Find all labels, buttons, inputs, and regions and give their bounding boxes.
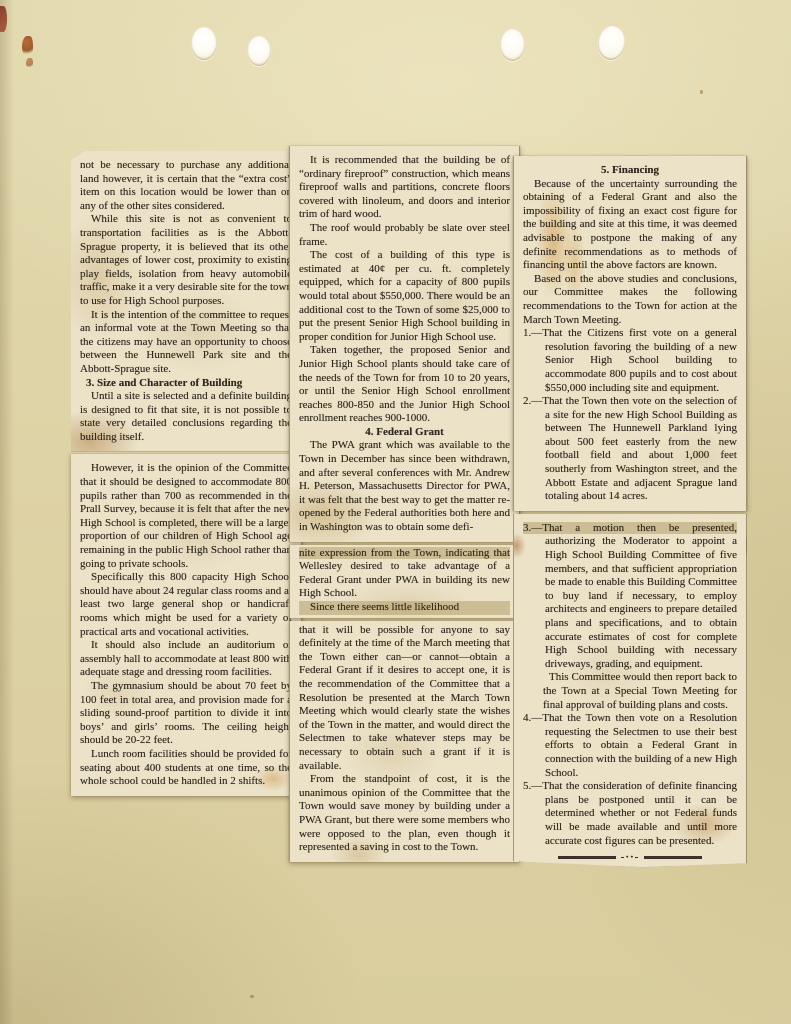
recommendation-item-1: 1.—That the Citizens first vote on a gen… (523, 327, 737, 395)
paragraph: Taken together, the proposed Senior and … (299, 344, 510, 426)
paragraph: However, it is the opinion of the Commit… (80, 462, 292, 571)
column-2: It is recommended that the building be o… (289, 146, 520, 865)
clipping-site-discussion: not be necessary to purchase any additio… (71, 151, 302, 451)
paragraph: Based on the above studies and conclusio… (523, 273, 737, 327)
paragraph: The PWA grant which was available to the… (299, 439, 510, 534)
column-1: not be necessary to purchase any additio… (71, 151, 302, 799)
divider-line (644, 856, 702, 859)
recommendation-item-4: 4.—That the Town then vote on a Resoluti… (523, 712, 737, 780)
paragraph: nite expression from the Town, indicatin… (299, 547, 510, 601)
clipping-financing: 5. Financing Because of the uncertainty … (513, 156, 747, 511)
paragraph: Specifically this 800 capacity High Scho… (80, 571, 292, 639)
recommendation-item-3: 3.—That a motion then be presented, auth… (523, 522, 737, 672)
section-heading-financing: 5. Financing (523, 164, 737, 178)
clipping-building-program: However, it is the opinion of the Commit… (71, 454, 302, 795)
clipping-construction-cost: It is recommended that the building be o… (289, 146, 520, 542)
punch-hole-1 (191, 27, 217, 60)
paragraph: This Committee would then report back to… (523, 671, 737, 712)
punch-hole-3 (500, 29, 525, 61)
paper-speck (700, 90, 703, 94)
punch-hole-4 (596, 24, 627, 61)
paragraph: that it will be possible for anyone to s… (299, 624, 510, 774)
divider-line (558, 856, 616, 859)
red-edge-mark (0, 6, 7, 32)
paragraph: Because of the uncertainty surrounding t… (523, 178, 737, 273)
scrapbook-page: not be necessary to purchase any additio… (0, 0, 791, 1024)
end-divider: -··- (523, 854, 737, 860)
paragraph: The gymnasium should be about 70 feet by… (80, 680, 292, 748)
paragraph: Since there seems little likelihood (299, 601, 510, 615)
recommendation-item-2: 2.—That the Town then vote on the select… (523, 395, 737, 504)
paragraph: While this site is not as convenient to … (80, 213, 292, 308)
paragraph: It is recommended that the building be o… (299, 154, 510, 222)
paragraph: The cost of a building of this type is e… (299, 249, 510, 344)
paragraph: Until a site is selected and a definite … (80, 390, 292, 444)
recommendation-item-5: 5.—That the consideration of definite fi… (523, 780, 737, 848)
paragraph: It is the intention of the committee to … (80, 309, 292, 377)
paragraph: From the standpoint of cost, it is the u… (299, 773, 510, 855)
clipping-pwa-overlap: nite expression from the Town, indicatin… (289, 545, 520, 618)
punch-hole-2 (247, 36, 271, 66)
rust-stain (22, 36, 33, 56)
paragraph: It should also include an auditorium or … (80, 639, 292, 680)
paragraph: not be necessary to purchase any additio… (80, 159, 292, 213)
divider-glyph: -··- (621, 854, 640, 860)
column-3: 5. Financing Because of the uncertainty … (513, 156, 747, 870)
section-heading-size-character: 3. Size and Character of Building (80, 377, 292, 391)
paper-speck (250, 995, 254, 998)
section-heading-federal-grant: 4. Federal Grant (299, 426, 510, 440)
paragraph: The roof would probably be slate over st… (299, 222, 510, 249)
rust-stain-drip (26, 58, 33, 68)
paragraph: Lunch room facilities should be provided… (80, 748, 292, 789)
clipping-resolution: that it will be possible for anyone to s… (289, 621, 520, 862)
clipping-recommendations: 3.—That a motion then be presented, auth… (513, 514, 747, 867)
